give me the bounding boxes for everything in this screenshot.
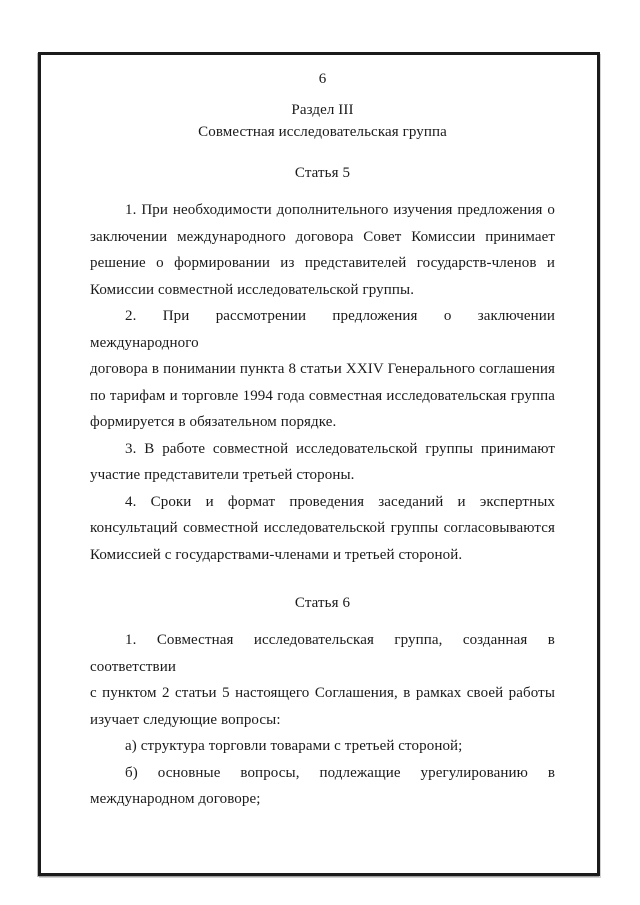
paragraph: 1. Совместная исследовательская группа, … [90, 627, 555, 733]
text-line: по тарифам и торговле 1994 года совместн… [90, 383, 555, 410]
article-6-body: 1. Совместная исследовательская группа, … [90, 627, 555, 813]
article-5-body: 1. При необходимости дополнительного изу… [90, 197, 555, 568]
text-line: договора в понимании пункта 8 статьи XXI… [90, 356, 555, 383]
article-5-heading: Статья 5 [90, 160, 555, 186]
paragraph: а) структура торговли товарами с третьей… [90, 733, 555, 760]
section-heading-number: Раздел III [90, 100, 555, 122]
text-line: консультаций совместной исследовательско… [90, 515, 555, 542]
paragraph: 2. При рассмотрении предложения о заключ… [90, 303, 555, 436]
text-line: заключении международного договора Совет… [90, 224, 555, 251]
section-heading-title: Совместная исследовательская группа [90, 122, 555, 144]
page-frame-border: 6 Раздел III Совместная исследовательска… [38, 52, 600, 876]
article-5: Статья 5 1. При необходимости дополнител… [90, 160, 555, 568]
text-line: 3. В работе совместной исследовательской… [90, 436, 555, 463]
text-line: 4. Сроки и формат проведения заседаний и… [90, 489, 555, 516]
page-number: 6 [90, 69, 555, 89]
paragraph: 4. Сроки и формат проведения заседаний и… [90, 489, 555, 569]
text-line: участие представители третьей стороны. [90, 462, 555, 489]
text-line: б) основные вопросы, подлежащие урегулир… [90, 760, 555, 787]
article-6: Статья 6 1. Совместная исследовательская… [90, 590, 555, 813]
text-line: формируется в обязательном порядке. [90, 409, 555, 436]
text-line: международном договоре; [90, 786, 555, 813]
page-content: 6 Раздел III Совместная исследовательска… [41, 55, 597, 873]
text-line: а) структура торговли товарами с третьей… [90, 733, 555, 760]
paragraph: 3. В работе совместной исследовательской… [90, 436, 555, 489]
paragraph: б) основные вопросы, подлежащие урегулир… [90, 760, 555, 813]
text-line: Комиссией с государствами-членами и трет… [90, 542, 555, 569]
paragraph: 1. При необходимости дополнительного изу… [90, 197, 555, 303]
section-heading: Раздел III Совместная исследовательская … [90, 100, 555, 143]
text-line: 2. При рассмотрении предложения о заключ… [90, 303, 555, 356]
article-6-heading: Статья 6 [90, 590, 555, 616]
text-line: 1. При необходимости дополнительного изу… [90, 197, 555, 224]
text-line: решение о формировании из представителей… [90, 250, 555, 277]
scanned-document-page: 6 Раздел III Совместная исследовательска… [0, 0, 640, 905]
text-line: 1. Совместная исследовательская группа, … [90, 627, 555, 680]
text-line: изучает следующие вопросы: [90, 707, 555, 734]
text-line: с пунктом 2 статьи 5 настоящего Соглашен… [90, 680, 555, 707]
text-line: Комиссии совместной исследовательской гр… [90, 277, 555, 304]
